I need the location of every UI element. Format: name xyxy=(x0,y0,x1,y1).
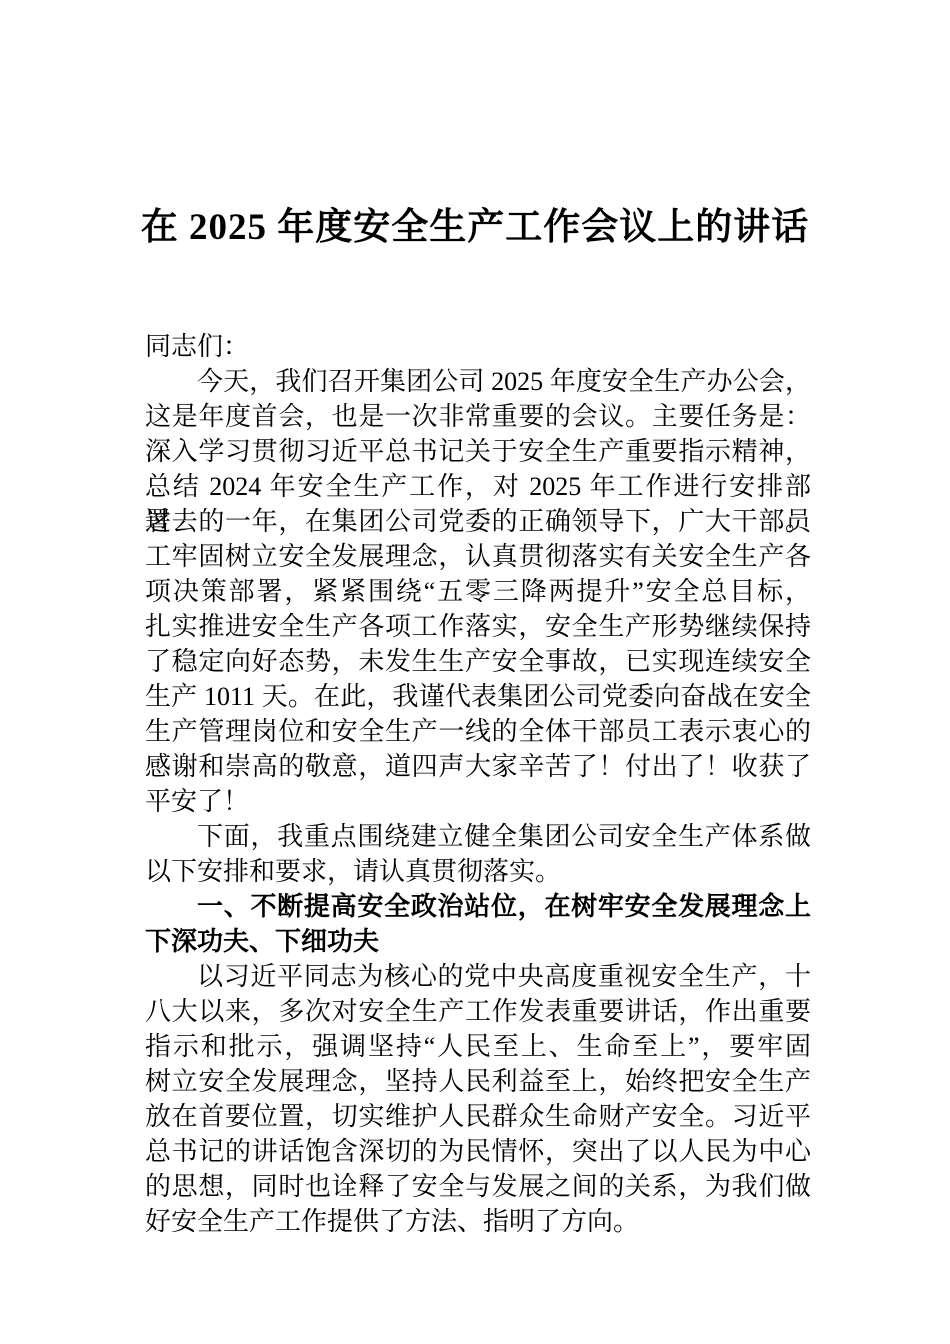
text-line: 总结 2024 年安全生产工作，对 2025 年工作进行安排部署。 xyxy=(145,469,811,504)
text-line: 以习近平同志为核心的党中央高度重视安全生产，十 xyxy=(145,959,811,994)
heading-line: 一、不断提高安全政治站位，在树牢安全发展理念上 xyxy=(145,889,811,924)
heading-line: 下深功夫、下细功夫 xyxy=(145,924,811,959)
text-line: 树立安全发展理念，坚持人民利益至上，始终把安全生产 xyxy=(145,1064,811,1099)
document-page: 在 2025 年度安全生产工作会议上的讲话 同志们：今天，我们召开集团公司 20… xyxy=(0,0,950,1344)
text-line: 扎实推进安全生产各项工作落实，安全生产形势继续保持 xyxy=(145,609,811,644)
document-title: 在 2025 年度安全生产工作会议上的讲话 xyxy=(0,196,950,250)
text-line: 下面，我重点围绕建立健全集团公司安全生产体系做 xyxy=(145,819,811,854)
text-line: 平安了！ xyxy=(145,784,811,819)
text-line: 这是年度首会，也是一次非常重要的会议。主要任务是： xyxy=(145,399,811,434)
text-line: 好安全生产工作提供了方法、指明了方向。 xyxy=(145,1204,811,1239)
text-line: 指示和批示，强调坚持“人民至上、生命至上”，要牢固 xyxy=(145,1029,811,1064)
text-line: 感谢和崇高的敬意，道四声大家辛苦了！付出了！收获了 xyxy=(145,749,811,784)
text-line: 深入学习贯彻习近平总书记关于安全生产重要指示精神， xyxy=(145,434,811,469)
text-line: 以下安排和要求，请认真贯彻落实。 xyxy=(145,854,811,889)
text-line: 今天，我们召开集团公司 2025 年度安全生产办公会， xyxy=(145,364,811,399)
text-line: 总书记的讲话饱含深切的为民情怀，突出了以人民为中心 xyxy=(145,1134,811,1169)
text-line: 同志们： xyxy=(145,329,811,364)
text-line: 过去的一年，在集团公司党委的正确领导下，广大干部员 xyxy=(145,504,811,539)
text-line: 工牢固树立安全发展理念，认真贯彻落实有关安全生产各 xyxy=(145,539,811,574)
text-line: 的思想，同时也诠释了安全与发展之间的关系，为我们做 xyxy=(145,1169,811,1204)
document-body: 同志们：今天，我们召开集团公司 2025 年度安全生产办公会，这是年度首会，也是… xyxy=(145,329,811,1239)
text-line: 了稳定向好态势，未发生生产安全事故，已实现连续安全 xyxy=(145,644,811,679)
text-line: 放在首要位置，切实维护人民群众生命财产安全。习近平 xyxy=(145,1099,811,1134)
text-line: 生产管理岗位和安全生产一线的全体干部员工表示衷心的 xyxy=(145,714,811,749)
text-line: 八大以来，多次对安全生产工作发表重要讲话，作出重要 xyxy=(145,994,811,1029)
text-line: 生产 1011 天。在此，我谨代表集团公司党委向奋战在安全 xyxy=(145,679,811,714)
text-line: 项决策部署，紧紧围绕“五零三降两提升”安全总目标， xyxy=(145,574,811,609)
